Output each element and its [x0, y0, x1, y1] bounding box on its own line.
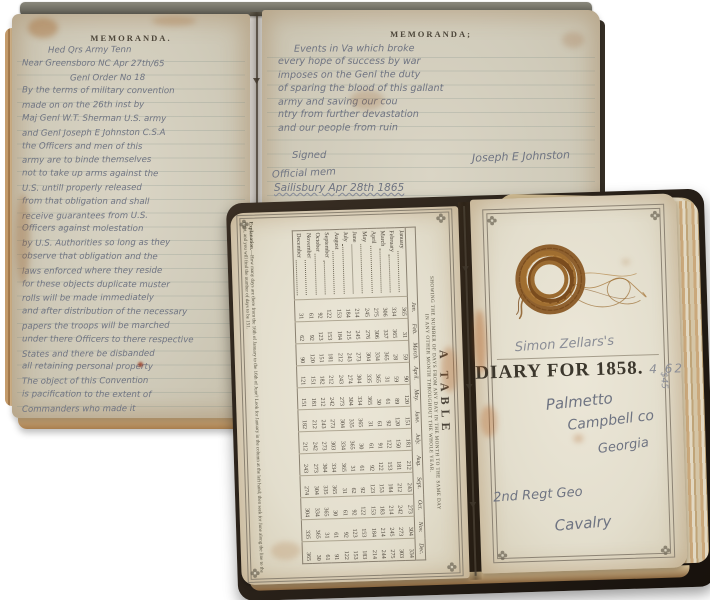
memoranda-line: and our people from ruin: [278, 121, 594, 136]
memoranda-line: from that obligation and shall: [22, 196, 248, 211]
memoranda-line: under there Officers to there respective: [22, 334, 248, 349]
explanation-label: Explanation.: [247, 222, 254, 251]
memoranda-page-left: MEMORANDA. Hed Qrs Army TennNear Greensb…: [12, 14, 250, 418]
memoranda-line: every hope of success by war: [278, 56, 594, 69]
dateline: Sailisbury Apr 28th 1865: [274, 182, 404, 194]
memoranda-line: and after distribution of the necessary: [22, 307, 248, 322]
rotated-table-block: A TABLE SHOWING THE NUMBER OF DAYS FROM …: [234, 206, 466, 585]
corner-ornament-icon: [649, 208, 660, 219]
right-diary-book: A TABLE SHOWING THE NUMBER OF DAYS FROM …: [218, 186, 710, 600]
memoranda-line: laws enforced where they reside: [22, 265, 248, 280]
memoranda-line: The object of this Convention: [22, 375, 248, 390]
corner-ornament-icon: [497, 548, 508, 559]
memoranda-line: not to take up arms against the: [22, 169, 248, 184]
diary-title-text: DIARY FOR 1858.: [475, 357, 644, 383]
johnston-signature: Joseph E Johnston: [472, 148, 570, 164]
memoranda-line: observe that obligation and the: [22, 251, 248, 266]
memoranda-line: ntry from further devastation: [278, 109, 594, 122]
corner-ornament-icon: [437, 212, 448, 223]
corner-ornament-icon: [486, 213, 497, 224]
memoranda-line: imposes on the Genl the duty: [278, 69, 594, 84]
photo-of-two-open-diaries: MEMORANDA. Hed Qrs Army TennNear Greensb…: [0, 0, 710, 600]
memoranda-line: Commanders who made it: [22, 403, 248, 418]
table-page-border: [236, 208, 463, 583]
corner-ornament-icon: [660, 543, 671, 554]
page-header: MEMORANDA.: [12, 33, 250, 43]
memoranda-line: made on on the 26th inst by: [22, 99, 248, 114]
memoranda-line: by U.S. Authorities so long as they: [22, 237, 248, 252]
memoranda-line: Near Greensboro NC Apr 27th/65: [22, 58, 248, 73]
memoranda-line: and Genl Joseph E Johnston C.S.A: [22, 127, 248, 142]
memoranda-line: army and saving our cou: [278, 95, 594, 110]
memoranda-line: is pacification to the extent of: [22, 389, 248, 404]
memoranda-line: papers the troops will be marched: [22, 320, 248, 335]
memoranda-line: Maj Genl W.T. Sherman U.S. army: [22, 113, 248, 128]
memoranda-line: U.S. untill properly released: [22, 182, 248, 197]
memoranda-line: Events in Va which broke: [278, 42, 594, 57]
corner-ornament-icon: [448, 561, 459, 572]
memoranda-line: Hed Qrs Army Tenn: [22, 44, 248, 59]
page-header: MEMORANDA;: [262, 29, 600, 39]
signed-label: Signed: [292, 150, 326, 163]
handwritten-order-text: Hed Qrs Army TennNear Greensboro NC Apr …: [22, 45, 248, 418]
memoranda-line: of sparing the blood of this gallant: [278, 83, 594, 96]
lock-of-hair: [497, 220, 657, 341]
diary-title-page: Simon Zellars's DIARY FOR 1858. 4 62 $45…: [470, 193, 688, 573]
handwritten-closing-text: Events in Va which brokeevery hope of su…: [278, 43, 594, 135]
days-table-page: A TABLE SHOWING THE NUMBER OF DAYS FROM …: [230, 206, 470, 585]
